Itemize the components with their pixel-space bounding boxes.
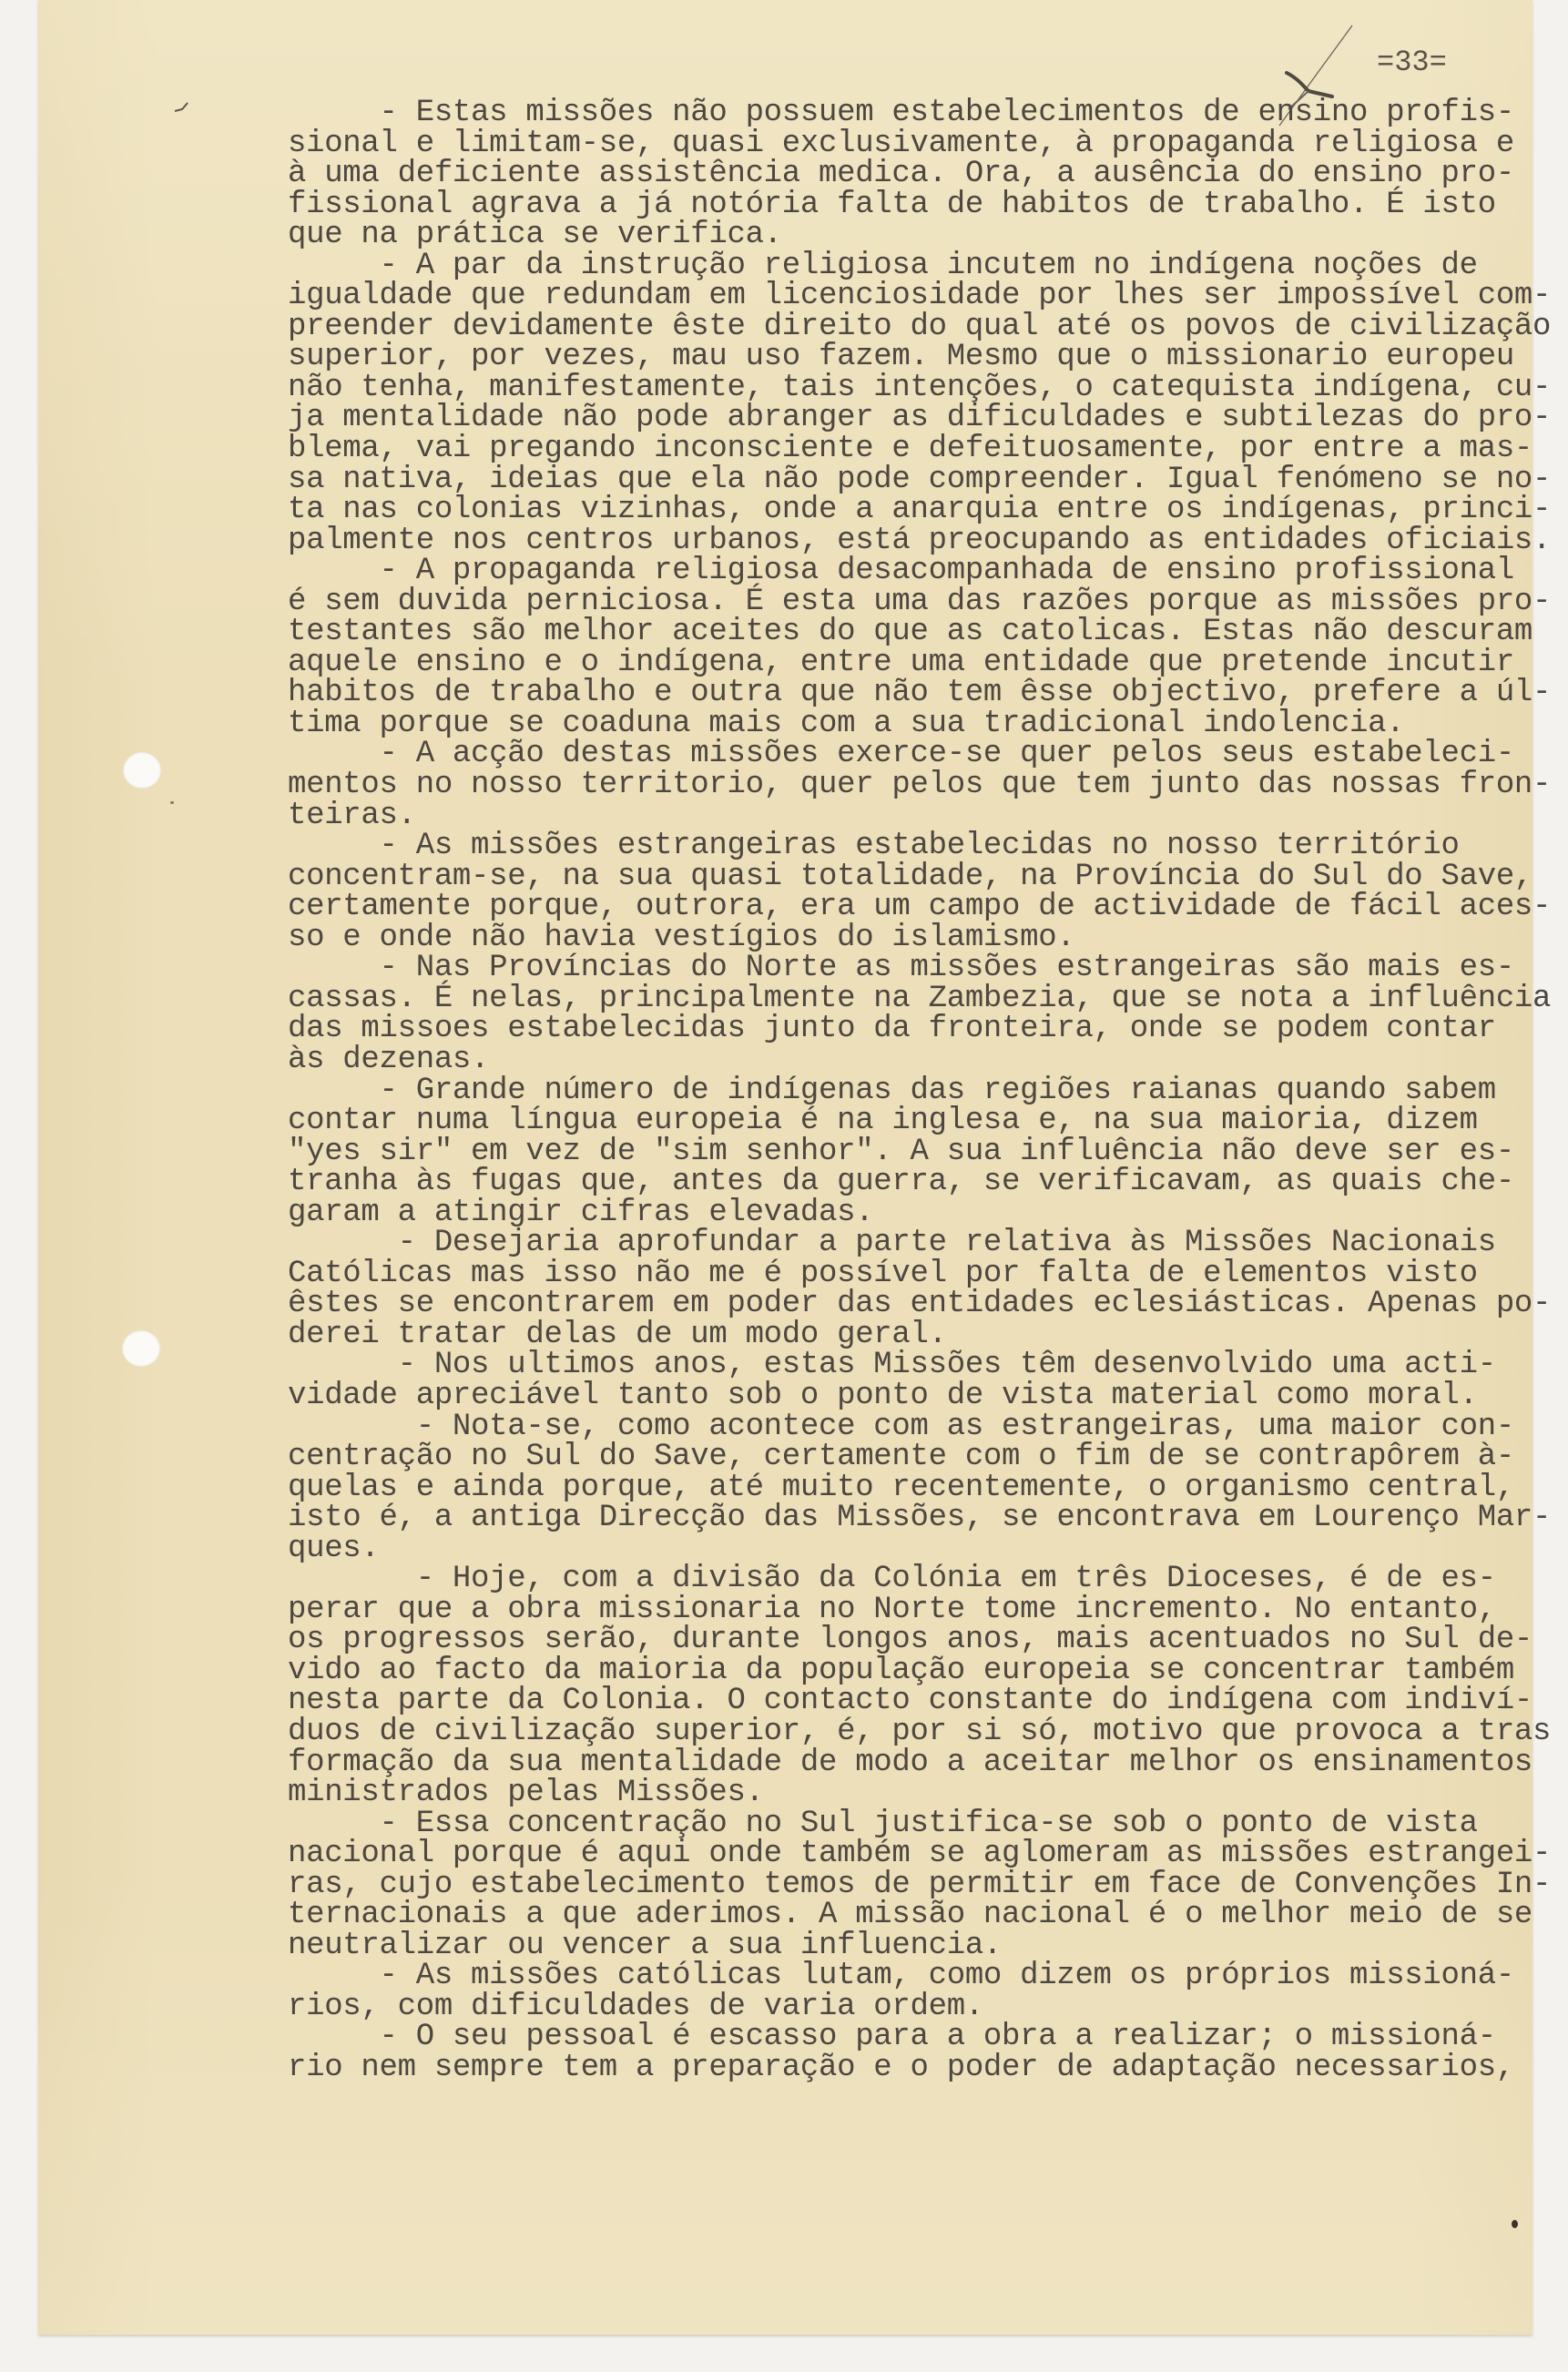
text-line: vido ao facto da maioria da população eu…: [288, 1656, 1563, 1687]
text-line: êstes se encontrarem em poder das entida…: [288, 1289, 1563, 1320]
margin-pencil-mark-icon: [173, 100, 195, 115]
typewritten-body: - Estas missões não possuem estabelecime…: [288, 98, 1563, 2084]
text-line: - As missões católicas lutam, como dizem…: [288, 1961, 1563, 1992]
text-line: - A par da instrução religiosa incutem n…: [288, 251, 1563, 282]
text-line: à uma deficiente assistência medica. Ora…: [288, 159, 1563, 190]
text-line: neutralizar ou vencer a sua influencia.: [288, 1931, 1563, 1962]
text-line: nesta parte da Colonia. O contacto const…: [288, 1686, 1563, 1717]
text-line: - Hoje, com a divisão da Colónia em três…: [288, 1564, 1563, 1595]
text-line: duos de civilização superior, é, por si …: [288, 1717, 1563, 1748]
text-line: tranha às fugas que, antes da guerra, se…: [288, 1167, 1563, 1198]
text-line: formação da sua mentalidade de modo a ac…: [288, 1748, 1563, 1779]
text-line: rios, com dificuldades de varia ordem.: [288, 1992, 1563, 2023]
text-line: testantes são melhor aceites do que as c…: [288, 617, 1563, 648]
text-line: - Nos ultimos anos, estas Missões têm de…: [288, 1350, 1563, 1381]
text-line: habitos de trabalho e outra que não tem …: [288, 678, 1563, 709]
text-line: - O seu pessoal é escasso para a obra a …: [288, 2022, 1563, 2053]
text-line: so e onde não havia vestígios do islamis…: [288, 923, 1563, 954]
text-line: blema, vai pregando inconsciente e defei…: [288, 434, 1563, 465]
ink-speck: [170, 801, 174, 804]
ink-speck: [1512, 2220, 1518, 2228]
text-line: - A propaganda religiosa desacompanhada …: [288, 556, 1563, 587]
text-line: ja mentalidade não pode abranger as difi…: [288, 403, 1563, 434]
text-line: ques.: [288, 1534, 1563, 1565]
text-line: das missoes estabelecidas junto da front…: [288, 1014, 1563, 1045]
text-line: - Nota-se, como acontece com as estrange…: [288, 1412, 1563, 1443]
text-line: Católicas mas isso não me é possível por…: [288, 1259, 1563, 1290]
page-number: =33=: [1377, 46, 1447, 79]
text-line: sa nativa, ideias que ela não pode compr…: [288, 465, 1563, 496]
text-line: ministrados pelas Missões.: [288, 1778, 1563, 1809]
text-line: - Estas missões não possuem estabelecime…: [288, 98, 1563, 129]
text-line: teiras.: [288, 801, 1563, 832]
text-line: - As missões estrangeiras estabelecidas …: [288, 831, 1563, 862]
text-line: quelas e ainda porque, até muito recente…: [288, 1473, 1563, 1504]
text-line: ta nas colonias vizinhas, onde a anarqui…: [288, 495, 1563, 526]
text-line: superior, por vezes, mau uso fazem. Mesm…: [288, 342, 1563, 373]
text-line: - Desejaria aprofundar a parte relativa …: [288, 1228, 1563, 1259]
text-line: vidade apreciável tanto sob o ponto de v…: [288, 1381, 1563, 1412]
text-line: - A acção destas missões exerce-se quer …: [288, 739, 1563, 770]
text-line: às dezenas.: [288, 1045, 1563, 1076]
text-line: preender devidamente êste direito do qua…: [288, 312, 1563, 343]
text-line: ternacionais a que aderimos. A missão na…: [288, 1900, 1563, 1931]
text-line: que na prática se verifica.: [288, 220, 1563, 251]
punch-hole-bottom: [122, 1330, 160, 1367]
text-line: palmente nos centros urbanos, está preoc…: [288, 526, 1563, 557]
text-line: tima porque se coaduna mais com a sua tr…: [288, 709, 1563, 740]
text-line: isto é, a antiga Direcção das Missões, s…: [288, 1503, 1563, 1534]
text-line: "yes sir" em vez de "sim senhor". A sua …: [288, 1137, 1563, 1168]
text-line: mentos no nosso territorio, quer pelos q…: [288, 770, 1563, 801]
text-line: perar que a obra missionaria no Norte to…: [288, 1595, 1563, 1626]
text-line: nacional porque é aqui onde também se ag…: [288, 1839, 1563, 1870]
text-line: centração no Sul do Save, certamente com…: [288, 1442, 1563, 1473]
text-line: - Essa concentração no Sul justifica-se …: [288, 1809, 1563, 1840]
text-line: aquele ensino e o indígena, entre uma en…: [288, 648, 1563, 679]
text-line: fissional agrava a já notória falta de h…: [288, 190, 1563, 221]
text-line: contar numa língua europeia é na inglesa…: [288, 1106, 1563, 1137]
text-line: cassas. É nelas, principalmente na Zambe…: [288, 984, 1563, 1015]
text-line: concentram-se, na sua quasi totalidade, …: [288, 862, 1563, 893]
text-line: ras, cujo estabelecimento temos de permi…: [288, 1870, 1563, 1901]
punch-hole-top: [123, 752, 161, 789]
text-line: rio nem sempre tem a preparação e o pode…: [288, 2053, 1563, 2084]
text-line: é sem duvida perniciosa. É esta uma das …: [288, 587, 1563, 618]
text-line: derei tratar delas de um modo geral.: [288, 1320, 1563, 1351]
text-line: - Nas Províncias do Norte as missões est…: [288, 953, 1563, 984]
text-line: garam a atingir cifras elevadas.: [288, 1198, 1563, 1229]
text-line: os progressos serão, durante longos anos…: [288, 1625, 1563, 1656]
text-line: certamente porque, outrora, era um campo…: [288, 892, 1563, 923]
text-line: - Grande número de indígenas das regiões…: [288, 1076, 1563, 1107]
text-line: não tenha, manifestamente, tais intençõe…: [288, 373, 1563, 404]
text-line: igualdade que redundam em licenciosidade…: [288, 281, 1563, 312]
text-line: sional e limitam-se, quasi exclusivament…: [288, 129, 1563, 160]
